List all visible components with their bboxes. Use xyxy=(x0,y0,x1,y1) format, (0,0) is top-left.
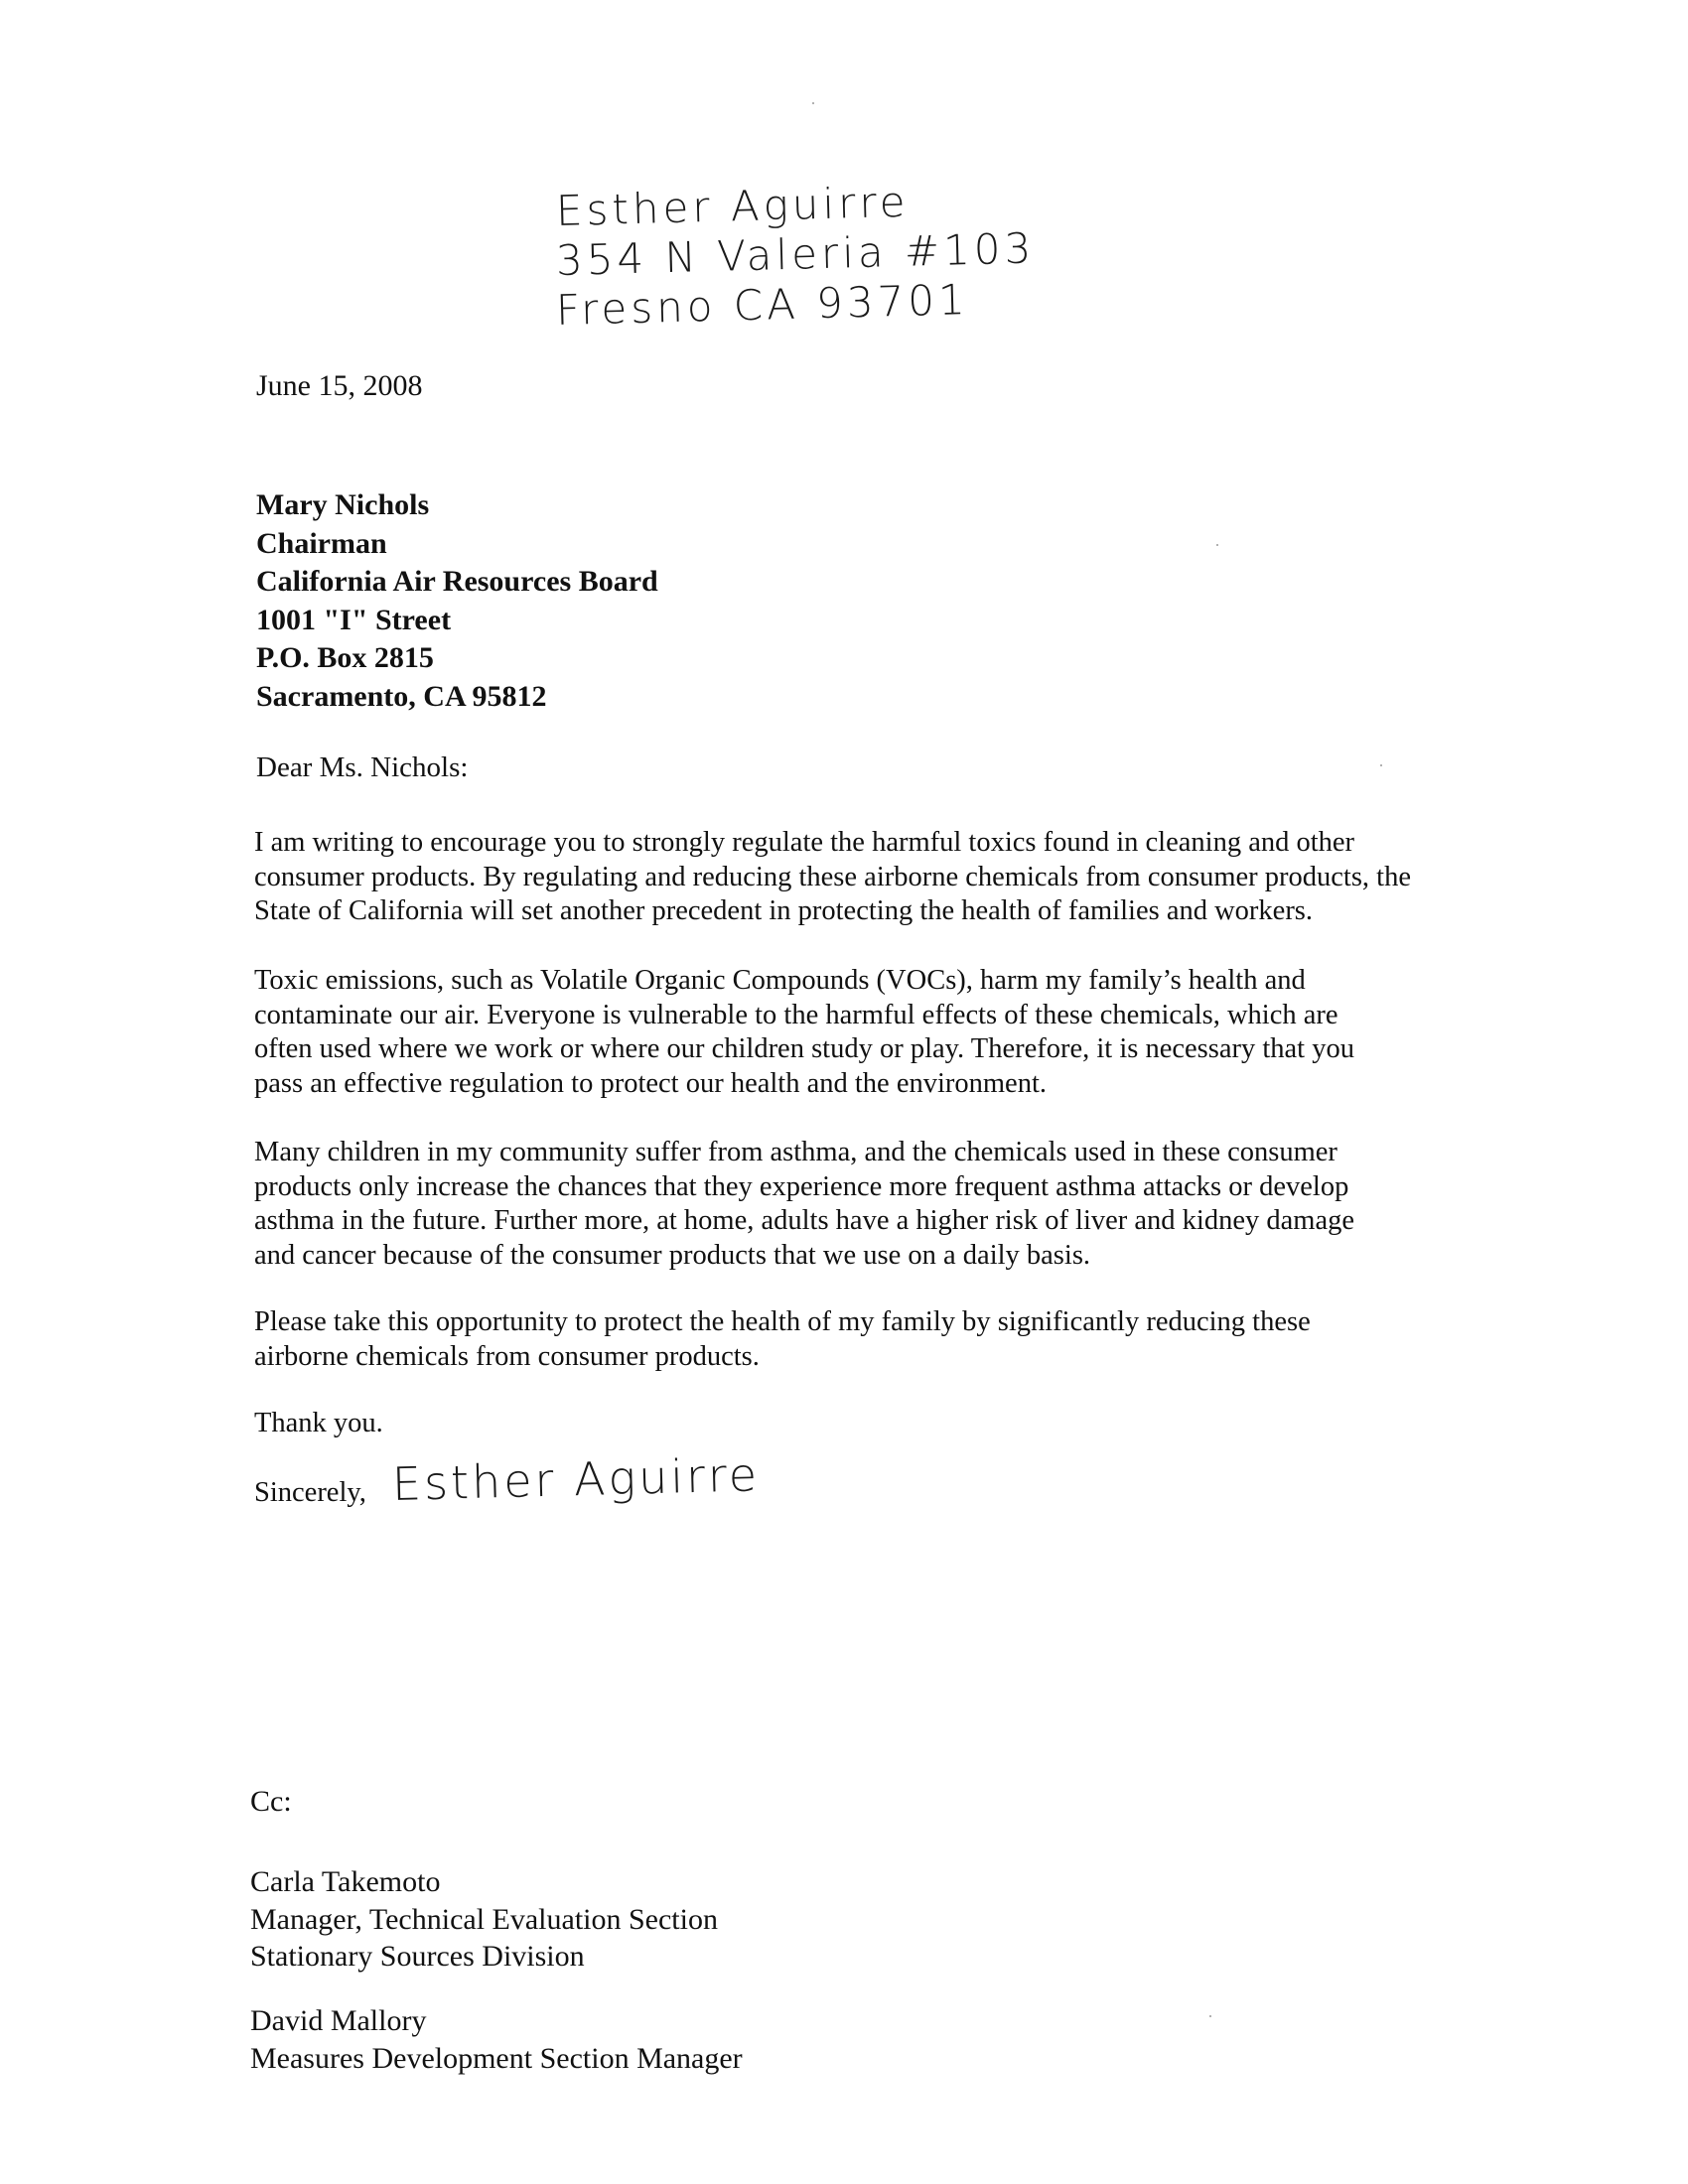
recipient-name: Mary Nichols xyxy=(256,486,658,525)
paragraph-line: I am writing to encourage you to strongl… xyxy=(254,826,1505,861)
scan-speck xyxy=(812,102,814,104)
paragraph-line: pass an effective regulation to protect … xyxy=(254,1067,1505,1102)
cc-recipient-title: Measures Development Section Manager xyxy=(250,2040,743,2078)
scan-speck xyxy=(1216,544,1218,546)
paragraph-line: often used where we work or where our ch… xyxy=(254,1032,1505,1067)
paragraph-line: products only increase the chances that … xyxy=(254,1170,1505,1205)
body-paragraph: Many children in my community suffer fro… xyxy=(254,1136,1505,1273)
cc-recipient-title: Manager, Technical Evaluation Section xyxy=(250,1901,718,1939)
paragraph-line: and cancer because of the consumer produ… xyxy=(254,1239,1505,1274)
cc-recipient-name: Carla Takemoto xyxy=(250,1863,718,1901)
cc-label: Cc: xyxy=(250,1785,292,1819)
recipient-city: Sacramento, CA 95812 xyxy=(256,678,658,717)
paragraph-line: contaminate our air. Everyone is vulnera… xyxy=(254,999,1505,1033)
handwritten-signature: Esther Aguirre xyxy=(392,1459,760,1509)
body-paragraph: Toxic emissions, such as Volatile Organi… xyxy=(254,964,1505,1101)
paragraph-line: Toxic emissions, such as Volatile Organi… xyxy=(254,964,1505,999)
letter-date: June 15, 2008 xyxy=(256,369,423,403)
recipient-po-box: P.O. Box 2815 xyxy=(256,639,658,678)
scan-speck xyxy=(1380,764,1382,766)
handwritten-return-address: Esther Aguirre 354 N Valeria #103 Fresno… xyxy=(556,187,1035,336)
recipient-address: Mary Nichols Chairman California Air Res… xyxy=(256,486,658,716)
cc-recipient: David Mallory Measures Development Secti… xyxy=(250,2002,743,2077)
recipient-street: 1001 "I" Street xyxy=(256,602,658,640)
paragraph-line: airborne chemicals from consumer product… xyxy=(254,1340,1505,1375)
scan-speck xyxy=(1209,2015,1211,2017)
salutation: Dear Ms. Nichols: xyxy=(256,751,468,784)
closing-thanks: Thank you. xyxy=(254,1408,383,1439)
paragraph-line: Please take this opportunity to protect … xyxy=(254,1305,1505,1340)
paragraph-line: consumer products. By regulating and red… xyxy=(254,861,1505,895)
cc-recipient-division: Stationary Sources Division xyxy=(250,1938,718,1976)
body-paragraph: Please take this opportunity to protect … xyxy=(254,1305,1505,1374)
recipient-organization: California Air Resources Board xyxy=(256,563,658,602)
cc-recipient: Carla Takemoto Manager, Technical Evalua… xyxy=(250,1863,718,1976)
closing-sincerely: Sincerely, xyxy=(254,1477,366,1509)
cc-recipient-name: David Mallory xyxy=(250,2002,743,2040)
recipient-title: Chairman xyxy=(256,525,658,564)
body-paragraph: I am writing to encourage you to strongl… xyxy=(254,826,1505,929)
paragraph-line: State of California will set another pre… xyxy=(254,894,1505,929)
paragraph-line: Many children in my community suffer fro… xyxy=(254,1136,1505,1170)
signature-text: Esther Aguirre xyxy=(391,1449,760,1509)
paragraph-line: asthma in the future. Further more, at h… xyxy=(254,1204,1505,1239)
